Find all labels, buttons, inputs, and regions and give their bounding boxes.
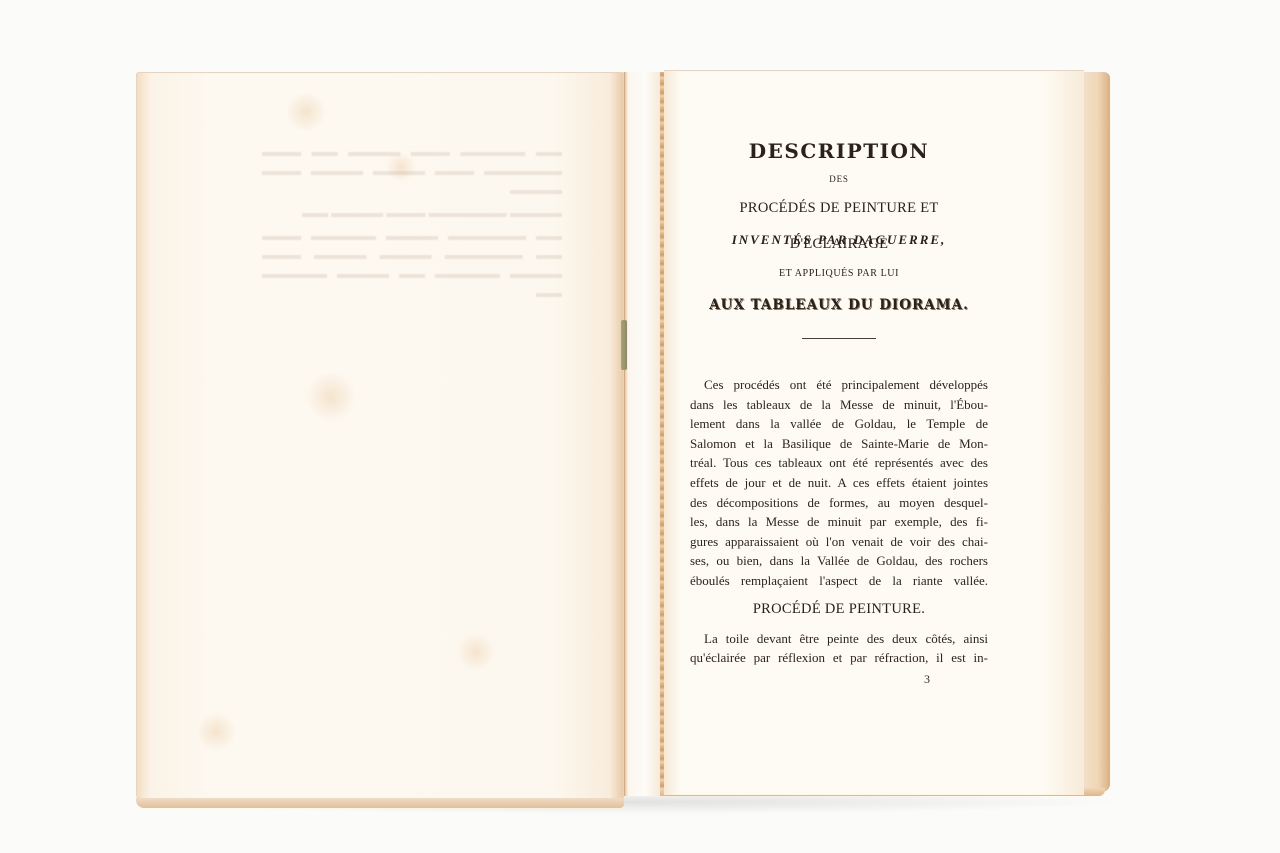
foxing-stain xyxy=(286,92,326,132)
text-line: qu'éclairée par réflexion et par réfract… xyxy=(690,648,988,668)
paragraph-2: La toile devant être peinte des deux côt… xyxy=(690,629,988,668)
diorama-line: AUX TABLEAUX DU DIORAMA. xyxy=(690,294,988,328)
binding-thread xyxy=(621,320,627,370)
book-gutter xyxy=(624,72,665,796)
paragraph-1: Ces procédés ont été principalement déve… xyxy=(690,375,988,591)
title-des: DES xyxy=(690,168,988,190)
text-line: Ces procédés ont été principalement déve… xyxy=(690,375,988,395)
text-line: ses, ou bien, dans la Vallée de Goldau, … xyxy=(690,551,988,571)
divider-rule xyxy=(802,338,876,339)
text-line: effets de jour et de nuit. A ces effets … xyxy=(690,473,988,493)
applied-line: ET APPLIQUÉS PAR LUI xyxy=(690,254,988,294)
foxing-stain xyxy=(306,372,356,422)
section-heading: PROCÉDÉ DE PEINTURE. xyxy=(690,597,988,621)
text-line: Salomon et la Basilique de Sainte-Marie … xyxy=(690,434,988,454)
page-number: 3 xyxy=(924,672,930,687)
show-through-text: ▬▬ ▬▬▬▬▬ ▬▬▬ ▬▬▬▬ ▬▬ ▬▬▬ ▬▬▬▬▬▬ ▬▬▬ ▬▬▬▬… xyxy=(262,142,562,306)
title-page-text: DESCRIPTION DES PROCÉDÉS DE PEINTURE ET … xyxy=(690,138,988,668)
text-line: tréal. Tous ces tableaux ont été représe… xyxy=(690,453,988,473)
inventor-line: INVENTÉS PAR DAGUERRE, xyxy=(690,226,988,254)
open-book: ▬▬ ▬▬▬▬▬ ▬▬▬ ▬▬▬▬ ▬▬ ▬▬▬ ▬▬▬▬▬▬ ▬▬▬ ▬▬▬▬… xyxy=(0,0,1280,853)
page-edge-stack xyxy=(1080,72,1110,792)
text-line: La toile devant être peinte des deux côt… xyxy=(690,629,988,649)
text-line: gures apparaissaient où l'on venait de v… xyxy=(690,532,988,552)
text-line: lement dans la vallée de Goldau, le Temp… xyxy=(690,414,988,434)
page-title: DESCRIPTION xyxy=(690,138,988,168)
text-line: dans les tableaux de la Messe de minuit,… xyxy=(690,395,988,415)
subtitle: PROCÉDÉS DE PEINTURE ET D'ECLAIRAGE xyxy=(690,190,988,226)
text-line: les, dans la Messe de minuit par exemple… xyxy=(690,512,988,532)
text-line: éboulés remplaçaient l'aspect de la rian… xyxy=(690,571,988,591)
text-line: des décompositions de formes, au moyen d… xyxy=(690,493,988,513)
foxing-stain xyxy=(456,632,496,672)
foxing-stain xyxy=(196,712,236,752)
